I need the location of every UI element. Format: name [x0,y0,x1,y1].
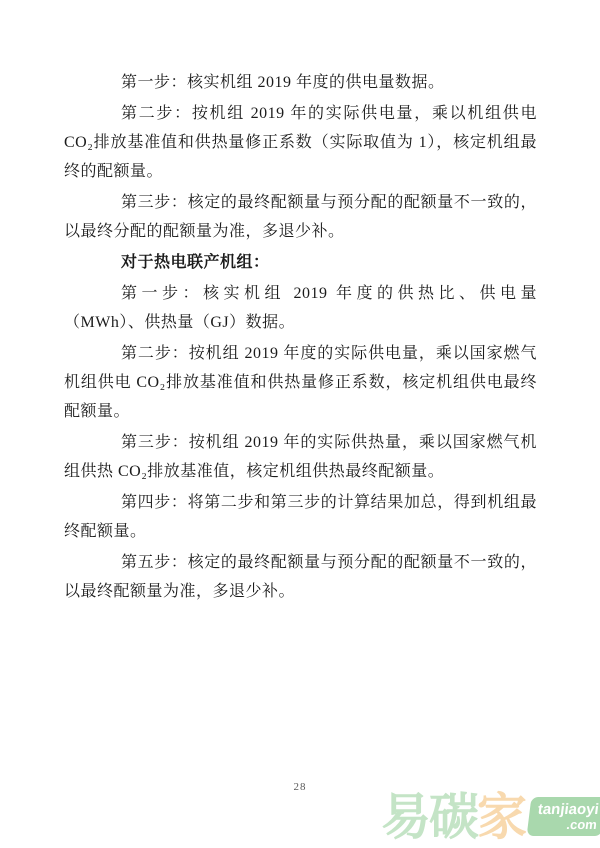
paragraph-step1-chp: 第一步：核实机组 2019 年度的供热比、供电量（MWh）、供热量（GJ）数据。 [64,279,537,337]
watermark-logo: 易碳家 tanjiaoyi .com [381,786,600,848]
paragraph-step1-electric: 第一步：核实机组 2019 年度的供电量数据。 [64,68,537,97]
document-body: 第一步：核实机组 2019 年度的供电量数据。 第二步：按机组 2019 年的实… [64,68,537,608]
document-page: 第一步：核实机组 2019 年度的供电量数据。 第二步：按机组 2019 年的实… [0,0,600,848]
paragraph-step2-chp: 第二步：按机组 2019 年度的实际供电量，乘以国家燃气机组供电 CO₂排放基准… [64,339,537,426]
paragraph-step3-chp: 第三步：按机组 2019 年的实际供热量，乘以国家燃气机组供热 CO₂排放基准值… [64,428,537,486]
watermark-text-green: 易碳 [381,789,477,845]
paragraph-step5-chp: 第五步：核定的最终配额量与预分配的配额量不一致的，以最终配额量为准，多退少补。 [64,548,537,606]
paragraph-step4-chp: 第四步：将第二步和第三步的计算结果加总，得到机组最终配额量。 [64,488,537,546]
watermark-text-orange: 家 [477,789,525,845]
watermark-logo-text: 易碳家 [381,788,525,846]
watermark-domain-badge: tanjiaoyi .com [527,797,600,836]
paragraph-step3-electric: 第三步：核定的最终配额量与预分配的配额量不一致的，以最终分配的配额量为准，多退少… [64,188,537,246]
section-heading-chp-units: 对于热电联产机组： [64,248,537,277]
paragraph-step2-electric: 第二步：按机组 2019 年的实际供电量，乘以机组供电 CO₂排放基准值和供热量… [64,99,537,186]
watermark-domain-name: tanjiaoyi [537,802,600,818]
watermark-domain-tld: .com [535,818,598,832]
